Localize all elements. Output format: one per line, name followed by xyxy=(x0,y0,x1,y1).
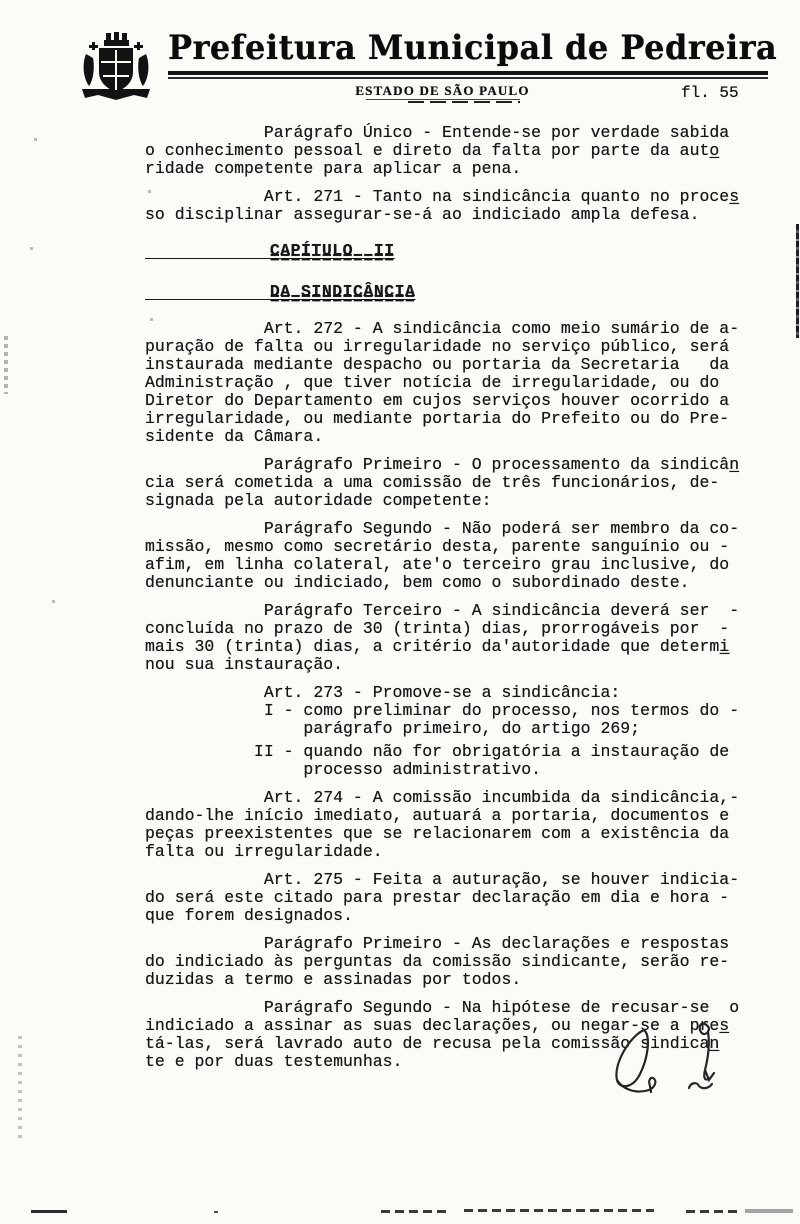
paragraph: Art. 272 - A sindicância como meio sumár… xyxy=(145,320,785,446)
text-line: ============== xyxy=(145,294,785,306)
text-line: Parágrafo Segundo - Na hipótese de recus… xyxy=(145,999,785,1017)
scan-artifact-bottom-line xyxy=(214,1211,218,1213)
paragraph: Art. 273 - Promove-se a sindicância: I -… xyxy=(145,684,785,738)
text-line: o conhecimento pessoal e direto da falta… xyxy=(145,142,785,160)
paragraph: Parágrafo Primeiro - As declarações e re… xyxy=(145,935,785,989)
folio-number: fl. 55 xyxy=(681,84,739,102)
paragraph: Art. 274 - A comissão incumbida da sindi… xyxy=(145,789,785,861)
text-line: missão, mesmo como secretário desta, par… xyxy=(145,538,785,556)
text-line: Art. 271 - Tanto na sindicância quanto n… xyxy=(145,188,785,206)
scan-artifact-bottom-line xyxy=(381,1210,447,1213)
letterhead-title: Prefeitura Municipal de Pedreira xyxy=(168,27,777,67)
scan-speck xyxy=(148,190,151,193)
scan-artifact-bottom-line xyxy=(31,1210,67,1213)
scan-artifact-bottom-line xyxy=(686,1210,738,1213)
text-line: duzidas a termo e assinadas por todos. xyxy=(145,971,785,989)
text-line: peças preexistentes que se relacionarem … xyxy=(145,825,785,843)
subtitle-underline-dashes xyxy=(408,101,520,103)
text-line: Parágrafo Primeiro - O processamento da … xyxy=(145,456,785,474)
text-line: Administração , que tiver notícia de irr… xyxy=(145,374,785,392)
text-line: afim, em linha colateral, ate'o terceiro… xyxy=(145,556,785,574)
text-line: do será este citado para prestar declara… xyxy=(145,889,785,907)
scan-artifact-bottom-line xyxy=(464,1209,654,1212)
letterhead-subtitle: ESTADO DE SÃO PAULO xyxy=(170,83,715,99)
text-line: instaurada mediante despacho ou portaria… xyxy=(145,356,785,374)
text-line: Parágrafo Segundo - Não poderá ser membr… xyxy=(145,520,785,538)
letterhead-double-rule xyxy=(168,71,768,79)
text-line: falta ou irregularidade. xyxy=(145,843,785,861)
text-line: II - quando não for obrigatória a instau… xyxy=(145,743,785,761)
text-line: puração de falta ou irregularidade no se… xyxy=(145,338,785,356)
scan-speck xyxy=(30,247,33,250)
text-line: ============ xyxy=(145,253,785,265)
text-line: Art. 274 - A comissão incumbida da sindi… xyxy=(145,789,785,807)
paragraph: Art. 275 - Feita a auturação, se houver … xyxy=(145,871,785,925)
text-line: Diretor do Departamento em cujos serviço… xyxy=(145,392,785,410)
text-line: signada pela autoridade competente: xyxy=(145,492,785,510)
section-heading: DA SINDICÂNCIA ============== xyxy=(145,283,785,306)
text-line: Art. 275 - Feita a auturação, se houver … xyxy=(145,871,785,889)
paragraph: II - quando não for obrigatória a instau… xyxy=(145,743,785,779)
text-line: Art. 273 - Promove-se a sindicância: xyxy=(145,684,785,702)
text-line: dando-lhe início imediato, autuará a por… xyxy=(145,807,785,825)
scan-speck xyxy=(150,318,153,321)
scan-speck xyxy=(34,138,37,141)
scan-speck xyxy=(52,600,55,603)
text-line: cia será cometida a uma comissão de três… xyxy=(145,474,785,492)
paragraph: Parágrafo Segundo - Não poderá ser membr… xyxy=(145,520,785,592)
text-line: ridade competente para aplicar a pena. xyxy=(145,160,785,178)
text-line: processo administrativo. xyxy=(145,761,785,779)
subtitle-underline xyxy=(366,99,520,100)
text-line: so disciplinar assegurar-se-á ao indicia… xyxy=(145,206,785,224)
text-line: Parágrafo Terceiro - A sindicância dever… xyxy=(145,602,785,620)
scanned-document-page: Prefeitura Municipal de Pedreira ESTADO … xyxy=(0,0,800,1224)
paragraph: Parágrafo Primeiro - O processamento da … xyxy=(145,456,785,510)
text-line: do indiciado às perguntas da comissão si… xyxy=(145,953,785,971)
coat-of-arms-icon xyxy=(76,32,156,106)
scan-artifact-bottom-line xyxy=(745,1209,793,1213)
text-line: sidente da Câmara. xyxy=(145,428,785,446)
paragraph: Art. 271 - Tanto na sindicância quanto n… xyxy=(145,188,785,224)
text-line: I - como preliminar do processo, nos ter… xyxy=(145,702,785,720)
text-line: mais 30 (trinta) dias, a critério da'aut… xyxy=(145,638,785,656)
text-line: denunciante ou indiciado, bem como o sub… xyxy=(145,574,785,592)
paragraph: Parágrafo Único - Entende-se por verdade… xyxy=(145,124,785,178)
text-line: parágrafo primeiro, do artigo 269; xyxy=(145,720,785,738)
text-line: concluída no prazo de 30 (trinta) dias, … xyxy=(145,620,785,638)
text-line: Parágrafo Único - Entende-se por verdade… xyxy=(145,124,785,142)
section-heading: CAPÍTULO II ============ xyxy=(145,242,785,265)
text-line: Art. 272 - A sindicância como meio sumár… xyxy=(145,320,785,338)
text-line: nou sua instauração. xyxy=(145,656,785,674)
text-line: Parágrafo Primeiro - As declarações e re… xyxy=(145,935,785,953)
scan-artifact-right-bar xyxy=(796,224,799,338)
scan-artifact-left-dashes xyxy=(4,336,8,394)
handwritten-initials xyxy=(593,1018,748,1110)
scan-artifact-speck-column xyxy=(18,1036,22,1138)
text-line: irregularidade, ou mediante portaria do … xyxy=(145,410,785,428)
text-line: que forem designados. xyxy=(145,907,785,925)
document-body: Parágrafo Único - Entende-se por verdade… xyxy=(145,124,785,1081)
paragraph: Parágrafo Terceiro - A sindicância dever… xyxy=(145,602,785,674)
